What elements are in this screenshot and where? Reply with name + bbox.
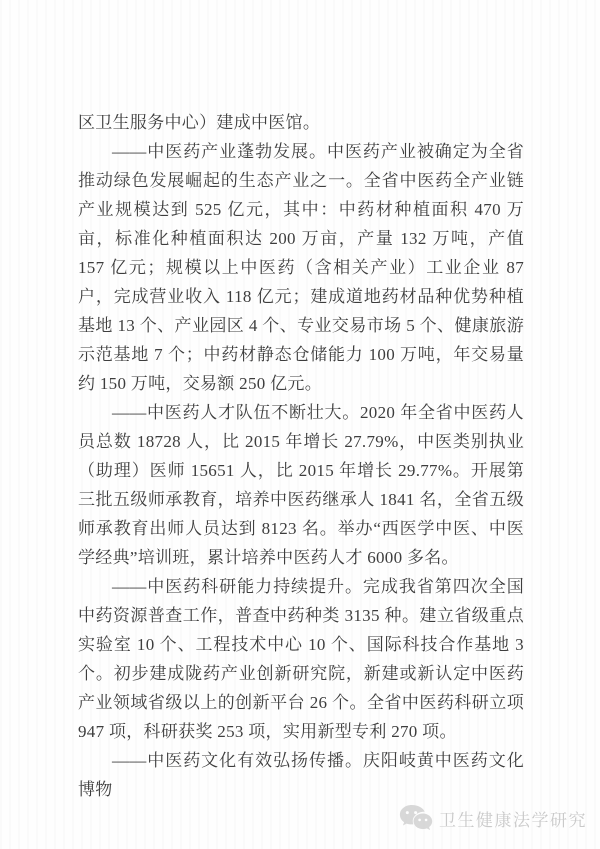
document-page: 区卫生服务中心）建成中医馆。 ——中医药产业蓬勃发展。中医药产业被确定为全省推动… [0, 0, 600, 849]
wechat-logo-icon [399, 804, 433, 832]
paragraph-talent-team: ——中医药人才队伍不断壮大。2020 年全省中医药人员总数 18728 人，比 … [78, 398, 524, 572]
document-body: 区卫生服务中心）建成中医馆。 ——中医药产业蓬勃发展。中医药产业被确定为全省推动… [78, 108, 524, 804]
watermark-label: 卫生健康法学研究 [439, 806, 587, 831]
paragraph-continuation: 区卫生服务中心）建成中医馆。 [78, 108, 524, 137]
watermark: 卫生健康法学研究 [399, 804, 587, 832]
paragraph-culture-promotion: ——中医药文化有效弘扬传播。庆阳岐黄中医药文化博物 [78, 746, 524, 804]
paragraph-research-capability: ——中医药科研能力持续提升。完成我省第四次全国中药资源普查工作，普查中药种类 3… [78, 572, 524, 746]
paragraph-industry-development: ——中医药产业蓬勃发展。中医药产业被确定为全省推动绿色发展崛起的生态产业之一。全… [78, 137, 524, 398]
